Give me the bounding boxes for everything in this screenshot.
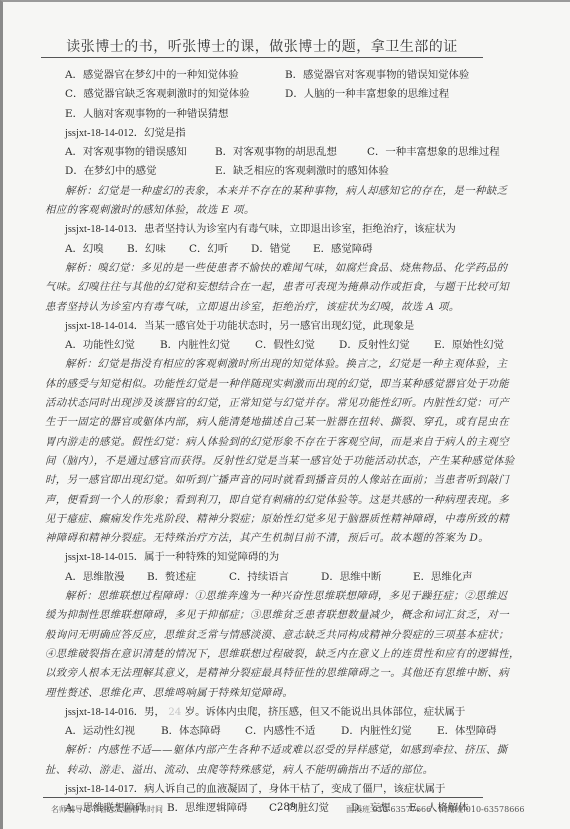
question-stem: jssjxt-18-14-014．当某一感官处于功能状态时，另一感官出现幻觉，此… — [45, 317, 513, 336]
question-text: 病人诉自己的血液凝固了，身体干枯了，变成了僵尸，该症状属于 — [144, 783, 445, 795]
analysis: 解析：嗅幻觉：多见的是一些使患者不愉快的难闻气味，如腐烂食品、烧焦物品、化学药品… — [45, 259, 513, 317]
option-a: A．对客观事物的错误感知 — [65, 143, 215, 162]
option-row: A．思维散漫 B．赘述症 C．持续语言 D．思维中断 E．思维化声 — [45, 568, 513, 587]
footer-contact: 面授班 010-63577666 网络班 010-63578666 — [346, 804, 524, 815]
analysis-line: 以致旁人根本无法理解其意义，是精神分裂症最具特征性的思维障碍之一。其他还有思维中… — [45, 664, 513, 683]
analysis-line: 体的感受与知觉相似。功能性幻觉是一种伴随现实刺激而出现的幻觉，即当某种感觉器官处… — [45, 375, 513, 394]
analysis-line: 时，另一感官即出现幻觉。如听到广播声音的同时就看到播音员的人像站在面前；当患者听… — [45, 471, 513, 490]
analysis-line: 患者坚持认为诊室内有毒气味，立即退出诊室，拒绝治疗，该症状为幻嗅，故选 A 项。 — [45, 298, 513, 317]
footer-slogan: 名师辅导可节省您大量看书时间 — [51, 804, 163, 815]
question-id: jssjxt-18-14-014． — [65, 321, 144, 332]
question-id: jssjxt-18-14-012． — [65, 128, 144, 139]
question-id: jssjxt-18-14-016． — [65, 707, 144, 718]
option-d: D．反射性幻觉 — [339, 336, 434, 355]
option-e: E．缺乏相应的客观刺激时的感知体验 — [215, 162, 389, 181]
option-row: C．感觉器官缺乏客观刺激时的知觉体验 D．人脑的一种丰富想象的思维过程 — [45, 85, 513, 104]
analysis-line: 解析：幻觉是指没有相应的客观刺激时所出现的知觉体验。换言之，幻觉是一种主观体验，… — [45, 355, 513, 374]
page-footer: 名师辅导可节省您大量看书时间 289 面授班 010-63577666 网络班 … — [51, 802, 531, 816]
question-text: 属于一种特殊的知觉障碍的为 — [144, 551, 279, 563]
analysis-line: 解析：幻觉是一种虚幻的表象，本来并不存在的某种事物，病人却感知它的存在，是一种缺… — [45, 182, 513, 201]
analysis-line: ④思维破裂指在意识清楚的情况下，思维联想过程破裂，缺乏内在意义上的连贯性和应有的… — [45, 645, 513, 664]
option-c: C．感觉器官缺乏客观刺激时的知觉体验 — [65, 85, 285, 104]
option-row: A．感觉器官在梦幻中的一种知觉体验 B．感觉器官对客观事物的错误知觉体验 — [45, 66, 513, 85]
option-d: D．在梦幻中的感觉 — [65, 162, 215, 181]
question-id: jssjxt-18-14-013． — [65, 224, 144, 235]
option-c: C．内感性不适 — [245, 722, 341, 741]
option-a: A．运动性幻视 — [65, 722, 161, 741]
analysis-line: 相应的客观刺激时的感知体验，故选 E 项。 — [45, 201, 513, 220]
option-e: E．原始性幻觉 — [434, 336, 504, 355]
option-e: E．体型障碍 — [437, 722, 497, 741]
document-page: 读张博士的书，听张博士的课，做张博士的题，拿卫生部的证 A．感觉器官在梦幻中的一… — [0, 0, 570, 829]
question-text: 患者坚持认为诊室内有毒气味，立即退出诊室，拒绝治疗，该症状为 — [144, 223, 456, 235]
option-d: D．内脏性幻觉 — [341, 722, 437, 741]
option-a: A．感觉器官在梦幻中的一种知觉体验 — [65, 66, 285, 85]
option-e: E．人脑对客观事物的一种错误猜想 — [65, 105, 228, 124]
question-text: 当某一感官处于功能状态时，另一感官出现幻觉，此现象是 — [144, 320, 414, 332]
option-row: A．功能性幻觉 B．内脏性幻觉 C．假性幻觉 D．反射性幻觉 E．原始性幻觉 — [45, 336, 513, 355]
option-row: A．幻嗅 B．幻味 C．幻听 D．错觉 E．感觉障碍 — [45, 240, 513, 259]
analysis-line: 解析：嗅幻觉：多见的是一些使患者不愉快的难闻气味，如腐烂食品、烧焦物品、化学药品… — [45, 259, 513, 278]
analysis: 解析：幻觉是指没有相应的客观刺激时所出现的知觉体验。换言之，幻觉是一种主观体验，… — [45, 355, 513, 548]
question-stem: jssjxt-18-14-016．男， 24 岁。诉体内虫爬，挤压感，但又不能说… — [45, 703, 513, 722]
option-b: B．赘述症 — [147, 568, 229, 587]
option-b: B．对客观事物的胡思乱想 — [215, 143, 367, 162]
option-e: E．思维化声 — [413, 568, 473, 587]
analysis-line: 缓为抑制性思维联想障碍，多见于抑郁症；③思维贫乏患者联想数量减少，概念和词汇贫乏… — [45, 606, 513, 625]
question-text: 岁。诉体内虫爬，挤压感，但又不能说出具体部位，症状属于 — [185, 706, 466, 718]
question-stem: jssjxt-18-14-015．属于一种特殊的知觉障碍的为 — [45, 548, 513, 567]
option-d: D．错觉 — [251, 240, 313, 259]
analysis: 解析：内感性不适——躯体内部产生各种不适或难以忍受的异样感觉，如感到牵拉、挤压、… — [45, 741, 513, 780]
header-divider — [41, 57, 483, 58]
option-c: C．幻听 — [189, 240, 251, 259]
option-row: D．在梦幻中的感觉 E．缺乏相应的客观刺激时的感知体验 — [45, 162, 513, 181]
question-stem: jssjxt-18-14-013．患者坚持认为诊室内有毒气味，立即退出诊室，拒绝… — [45, 220, 513, 239]
option-c: C．持续语言 — [229, 568, 321, 587]
analysis-line: 气味。幻嗅往往与其他的幻觉和妄想结合在一起，患者可表现为掩鼻动作或拒食，与题干比… — [45, 278, 513, 297]
option-b: B．幻味 — [127, 240, 189, 259]
option-c: C．一种丰富想象的思维过程 — [367, 143, 500, 162]
option-a: A．功能性幻觉 — [65, 336, 160, 355]
analysis-line: 见于癔症、癫痫发作先兆阶段、精神分裂症；原始性幻觉多见于脑器质性精神障碍，中毒所… — [45, 510, 513, 529]
footer-divider — [43, 797, 483, 798]
option-a: A．思维散漫 — [65, 568, 147, 587]
option-row: A．运动性幻视 B．体态障碍 C．内感性不适 D．内脏性幻觉 E．体型障碍 — [45, 722, 513, 741]
analysis-line: 声，便看到一个人的形象；看到利刀，即自觉有刺痛的幻觉体验等。这是共感的一种病理表… — [45, 491, 513, 510]
analysis-line: 理性赘述、思维化声、思维鸣响属于特殊知觉障碍。 — [45, 684, 513, 703]
analysis-line: 解析：思维联想过程障碍：①思维奔逸为一种兴奋性思维联想障碍，多见于躁狂症；②思维… — [45, 587, 513, 606]
analysis: 解析：思维联想过程障碍：①思维奔逸为一种兴奋性思维联想障碍，多见于躁狂症；②思维… — [45, 587, 513, 703]
option-c: C．假性幻觉 — [255, 336, 339, 355]
question-text: 男， — [144, 706, 165, 718]
question-stem: jssjxt-18-14-012．幻觉是指 — [45, 124, 513, 143]
analysis: 解析：幻觉是一种虚幻的表象，本来并不存在的某种事物，病人却感知它的存在，是一种缺… — [45, 182, 513, 221]
option-d: D．思维中断 — [321, 568, 413, 587]
analysis-line: 间（脑内），不是通过感官而获得。反射性幻觉是当某一感官处于功能活动状态，产生某种… — [45, 452, 513, 471]
analysis-line: 解析：内感性不适——躯体内部产生各种不适或难以忍受的异样感觉，如感到牵拉、挤压、… — [45, 741, 513, 760]
option-b: B．感觉器官对客观事物的错误知觉体验 — [285, 66, 469, 85]
option-a: A．幻嗅 — [65, 240, 127, 259]
analysis-line: 生于一固定的器官或躯体内部，病人能清楚地描述自己某一脏器在扭转、撕裂、穿孔，或有… — [45, 413, 513, 432]
option-b: B．内脏性幻觉 — [160, 336, 255, 355]
analysis-line: 活动状态同时出现涉及该器官的幻觉，正常知觉与幻觉并存。常见功能性幻听。内脏性幻觉… — [45, 394, 513, 413]
question-id: jssjxt-18-14-015． — [65, 552, 144, 563]
option-d: D．人脑的一种丰富想象的思维过程 — [285, 85, 449, 104]
option-b: B．体态障碍 — [161, 722, 245, 741]
question-text: 幻觉是指 — [144, 127, 186, 139]
page-number: 289 — [277, 802, 296, 813]
page-header: 读张博士的书，听张博士的课，做张博士的题，拿卫生部的证 — [41, 36, 483, 56]
option-e: E．感觉障碍 — [313, 240, 373, 259]
patient-age: 24 — [168, 706, 181, 718]
question-id: jssjxt-18-14-017． — [65, 784, 144, 795]
option-row: A．对客观事物的错误感知 B．对客观事物的胡思乱想 C．一种丰富想象的思维过程 — [45, 143, 513, 162]
analysis-line: 胃内游走的感觉。假性幻觉：病人体验到的幻觉形象不存在于客观空间，而是来自于病人的… — [45, 433, 513, 452]
page-content: A．感觉器官在梦幻中的一种知觉体验 B．感觉器官对客观事物的错误知觉体验 C．感… — [45, 66, 513, 819]
analysis-line: 神障碍和精神分裂症。无特殊治疗方法，其产生机制目前不清，预后可。故本题的答案为 … — [45, 529, 513, 548]
analysis-line: 般询问无明确应答反应，思维贫乏常与情感淡漠、意志缺乏共同构成精神分裂症的三项基本… — [45, 626, 513, 645]
analysis-line: 扯、转动、游走、溢出、流动、虫爬等特殊感觉，病人不能明确指出不适的部位。 — [45, 761, 513, 780]
option-row: E．人脑对客观事物的一种错误猜想 — [45, 105, 513, 124]
